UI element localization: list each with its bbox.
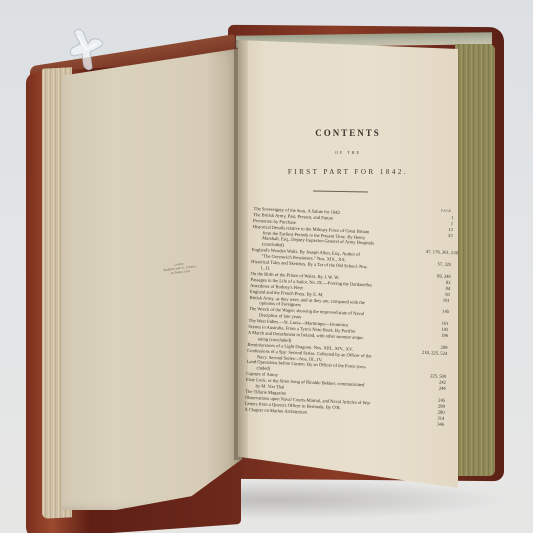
entry-page-number xyxy=(421,365,447,366)
entry-page-number: 101 xyxy=(424,296,450,303)
gutter-shadow xyxy=(234,40,248,460)
entry-page-number: 57, 325 xyxy=(425,261,451,268)
book-photo: London: Bradbury and Co., Printers, St. … xyxy=(0,0,533,533)
entry-page-number: 346 xyxy=(418,420,444,427)
plastic-clip-icon xyxy=(66,26,110,74)
contents-subtitle-small: OF THE xyxy=(238,150,458,155)
gilt-fore-edge xyxy=(455,44,495,476)
contents-list: PAGE The Sovereignty of the Seas. A Salu… xyxy=(244,200,454,427)
entry-page-number xyxy=(420,371,446,372)
entry-page-number xyxy=(419,395,445,396)
entry-page-number xyxy=(423,306,449,307)
entry-page-number: 218, 225, 524 xyxy=(421,349,447,356)
entry-page-number xyxy=(421,359,447,360)
entry-page-number xyxy=(426,241,452,242)
entry-page-number: 145 xyxy=(423,308,449,315)
entry-page-number xyxy=(426,247,452,248)
contents-page: CONTENTS OF THE FIRST PART FOR 1842. PAG… xyxy=(238,40,458,488)
contents-title: CONTENTS xyxy=(238,128,458,138)
entry-page-number xyxy=(425,271,451,272)
entry-page-number xyxy=(425,259,451,260)
entry-page-number: 244 xyxy=(420,385,446,392)
entry-page-number: 47, 178, 361, 536 xyxy=(426,249,452,256)
title-rule xyxy=(313,191,368,193)
entry-page-number: 196 xyxy=(422,332,448,339)
contents-subtitle: FIRST PART FOR 1842. xyxy=(238,168,458,176)
entry-page-number xyxy=(422,342,448,343)
left-page xyxy=(62,48,242,510)
entry-page-number: 33 xyxy=(426,231,452,238)
entry-page-number xyxy=(423,318,449,319)
